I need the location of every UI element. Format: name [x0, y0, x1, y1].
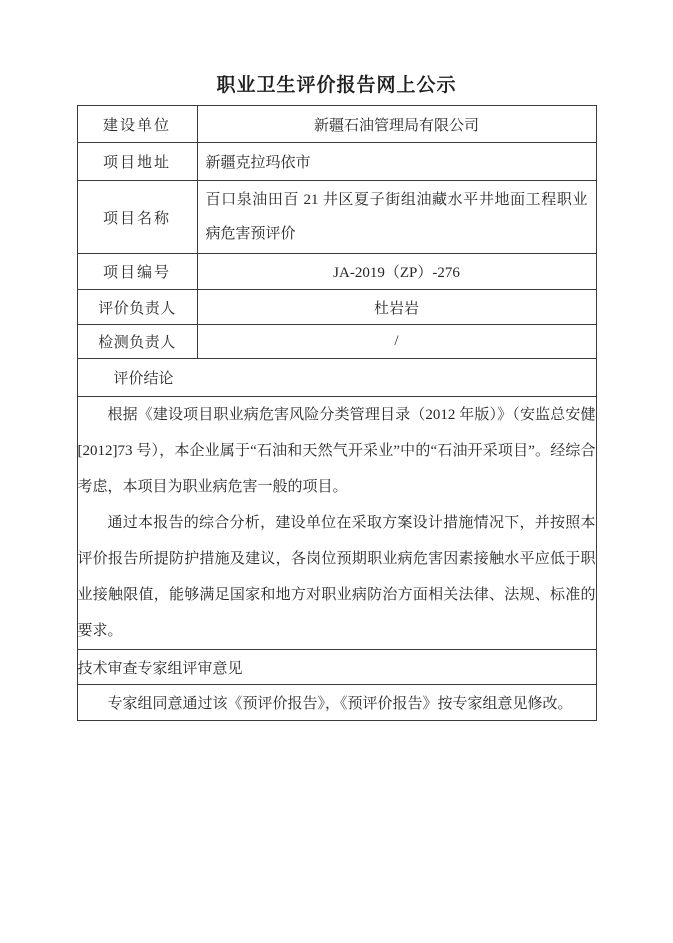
- table-row-project-code: 项目编号 JA-2019（ZP）-276: [77, 254, 596, 290]
- table-row-review-body: 专家组同意通过该《预评价报告》，《预评价报告》按专家组意见修改。: [77, 685, 596, 721]
- table-row-review-header: 技术审查专家组评审意见: [77, 650, 596, 685]
- table-row-conclusion-body: 根据《建设项目职业病危害风险分类管理目录（2012 年版）》（安监总安健[201…: [77, 397, 596, 650]
- project-code-label: 项目编号: [77, 254, 197, 290]
- construction-unit-label: 建设单位: [77, 106, 197, 143]
- table-row-project-name: 项目名称 百口泉油田百 21 井区夏子街组油藏水平井地面工程职业病危害预评价: [77, 181, 596, 254]
- project-address-label: 项目地址: [77, 143, 197, 181]
- document-page: 职业卫生评价报告网上公示 建设单位 新疆石油管理局有限公司 项目地址 新疆克拉玛…: [0, 0, 673, 943]
- evaluation-lead-value: 杜岩岩: [197, 290, 596, 325]
- table-row-evaluation-lead: 评价负责人 杜岩岩: [77, 290, 596, 325]
- project-address-value: 新疆克拉玛依市: [197, 143, 596, 181]
- table-row-conclusion-header: 评价结论: [77, 359, 596, 397]
- table-row-construction-unit: 建设单位 新疆石油管理局有限公司: [77, 106, 596, 143]
- table-row-testing-lead: 检测负责人 /: [77, 325, 596, 359]
- conclusion-paragraph-2: 通过本报告的综合分析，建设单位在采取方案设计措施情况下，并按照本评价报告所提防护…: [78, 505, 596, 649]
- page-title: 职业卫生评价报告网上公示: [0, 0, 673, 105]
- construction-unit-value: 新疆石油管理局有限公司: [197, 106, 596, 143]
- evaluation-lead-label: 评价负责人: [77, 290, 197, 325]
- conclusion-header: 评价结论: [77, 359, 596, 397]
- review-text: 专家组同意通过该《预评价报告》，《预评价报告》按专家组意见修改。: [77, 685, 596, 721]
- review-header: 技术审查专家组评审意见: [77, 650, 596, 685]
- testing-lead-label: 检测负责人: [77, 325, 197, 359]
- testing-lead-value: /: [197, 325, 596, 359]
- publicity-table: 建设单位 新疆石油管理局有限公司 项目地址 新疆克拉玛依市 项目名称 百口泉油田…: [77, 105, 597, 721]
- project-name-value: 百口泉油田百 21 井区夏子街组油藏水平井地面工程职业病危害预评价: [197, 181, 596, 254]
- table-row-project-address: 项目地址 新疆克拉玛依市: [77, 143, 596, 181]
- conclusion-paragraph-1: 根据《建设项目职业病危害风险分类管理目录（2012 年版）》（安监总安健[201…: [78, 397, 596, 505]
- project-name-label: 项目名称: [77, 181, 197, 254]
- project-code-value: JA-2019（ZP）-276: [197, 254, 596, 290]
- conclusion-body: 根据《建设项目职业病危害风险分类管理目录（2012 年版）》（安监总安健[201…: [77, 397, 596, 650]
